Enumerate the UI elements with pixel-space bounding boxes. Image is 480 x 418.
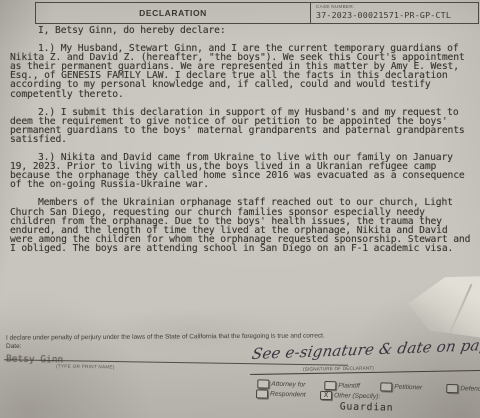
checkbox-respondent-label: Respondent xyxy=(270,391,306,399)
date-label: Date: xyxy=(6,343,22,350)
checkbox-attorney-for-label: Attorney for xyxy=(271,381,305,389)
checkbox-other[interactable]: X xyxy=(320,391,332,400)
checkbox-other-label: Other (Specify): xyxy=(334,392,380,400)
case-number-cell: CASE NUMBER: 37-2023-00021571-PR-GP-CTL xyxy=(310,3,478,23)
form-title-cell: DECLARATION xyxy=(36,3,310,23)
case-number-value: 37-2023-00021571-PR-GP-CTL xyxy=(316,10,474,20)
declaration-paragraph-1: 1.) My Husband, Stewart Ginn, and I are … xyxy=(10,44,474,99)
scanned-declaration-document: DECLARATION CASE NUMBER: 37-2023-0002157… xyxy=(0,0,480,418)
declaration-paragraph-4: Members of the Ukrainian orphanage staff… xyxy=(10,198,474,253)
declaration-intro: I, Betsy Ginn, do hereby declare: xyxy=(10,26,474,35)
role-checkbox-group: Attorney for Plaintiff Petitioner Defend… xyxy=(250,378,480,418)
checkbox-defendant-label: Defendant xyxy=(460,385,480,393)
checkbox-petitioner[interactable] xyxy=(380,382,392,391)
form-title: DECLARATION xyxy=(139,8,207,18)
case-number-label: CASE NUMBER: xyxy=(316,4,474,9)
other-specify-value: Guardian xyxy=(340,401,394,413)
declaration-body: I, Betsy Ginn, do hereby declare: 1.) My… xyxy=(10,26,474,262)
checkbox-attorney-for[interactable] xyxy=(257,379,269,388)
checkbox-plaintiff[interactable] xyxy=(324,381,336,390)
declaration-paragraph-3: 3.) Nikita and David came from Ukraine t… xyxy=(10,153,474,189)
checkbox-respondent[interactable] xyxy=(256,389,268,398)
checkbox-plaintiff-label: Plaintiff xyxy=(338,382,360,390)
declaration-paragraph-2: 2.) I submit this declaration in support… xyxy=(10,108,474,144)
checkbox-defendant[interactable] xyxy=(446,384,458,393)
form-header-box: DECLARATION CASE NUMBER: 37-2023-0002157… xyxy=(35,2,479,24)
type-or-print-name-label: (TYPE OR PRINT NAME) xyxy=(56,363,115,369)
checkbox-petitioner-label: Petitioner xyxy=(394,384,422,392)
